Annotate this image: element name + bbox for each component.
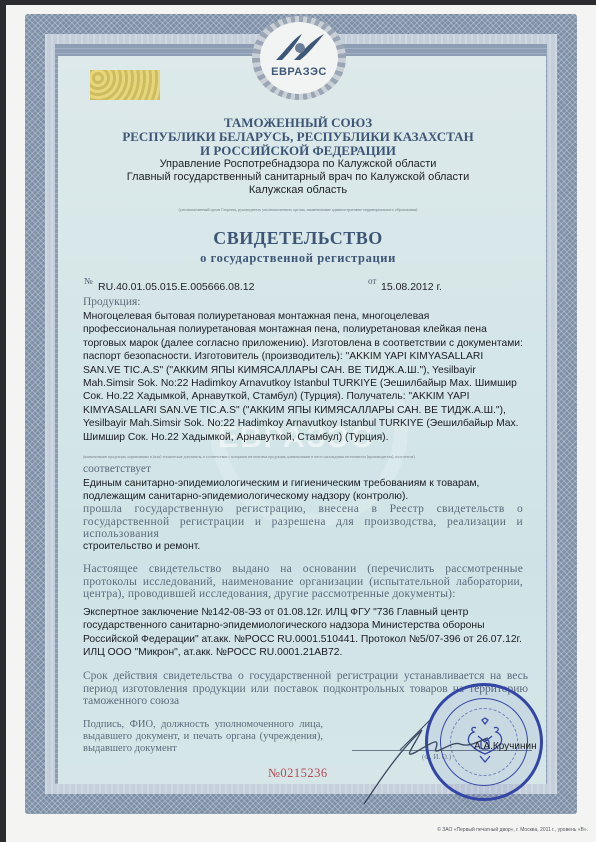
number-label: № xyxy=(84,276,93,286)
evrazes-emblem: ЕВРАЗЭС xyxy=(244,16,354,100)
evrazes-logo-icon xyxy=(272,30,328,64)
basis-statement: Настоящее свидетельство выдано на основа… xyxy=(83,563,523,601)
logo-text: ЕВРАЗЭС xyxy=(244,66,354,78)
customs-union-heading: ТАМОЖЕННЫЙ СОЮЗ РЕСПУБЛИКИ БЕЛАРУСЬ, РЕС… xyxy=(0,116,596,158)
certificate-number: RU.40.01.05.015.Е.005666.08.12 xyxy=(98,281,254,293)
product-label: Продукция: xyxy=(83,296,140,308)
issuing-authority: Управление Роспотребнадзора по Калужской… xyxy=(0,158,596,197)
form-serial-number: №0215236 xyxy=(268,766,328,781)
printer-imprint: © ЗАО «Первый печатный двор», г. Москва,… xyxy=(437,827,588,833)
document-subtitle: о государственной регистрации xyxy=(0,251,596,266)
product-description: Многоцелевая бытовая полиуретановая монт… xyxy=(83,310,523,444)
product-caption: (наименование продукции, нормативные и (… xyxy=(83,455,583,459)
issue-date: 15.08.2012 г. xyxy=(381,281,442,293)
registration-statement: прошла государственную регистрацию, внес… xyxy=(83,503,523,541)
handwritten-signature xyxy=(360,700,500,810)
scan-edge-top xyxy=(0,0,596,5)
field-of-use: строительство и ремонт. xyxy=(83,540,200,553)
signer-name: А.А.Кручинин xyxy=(474,741,537,752)
signature-caption: Подпись, ФИО, должность уполномоченного … xyxy=(83,719,323,755)
date-label: от xyxy=(368,276,376,286)
basis-documents: Экспертное заключение №142-08-ЭЗ от 01.0… xyxy=(83,606,523,660)
hologram-icon xyxy=(90,70,160,100)
authority-caption: (уполномоченный орган Стороны, руководит… xyxy=(0,207,596,212)
compliance-requirements: Единым санитарно-эпидемиологическим и ги… xyxy=(83,477,523,504)
complies-label: соответствует xyxy=(83,463,151,475)
document-title: СВИДЕТЕЛЬСТВО xyxy=(0,228,596,249)
